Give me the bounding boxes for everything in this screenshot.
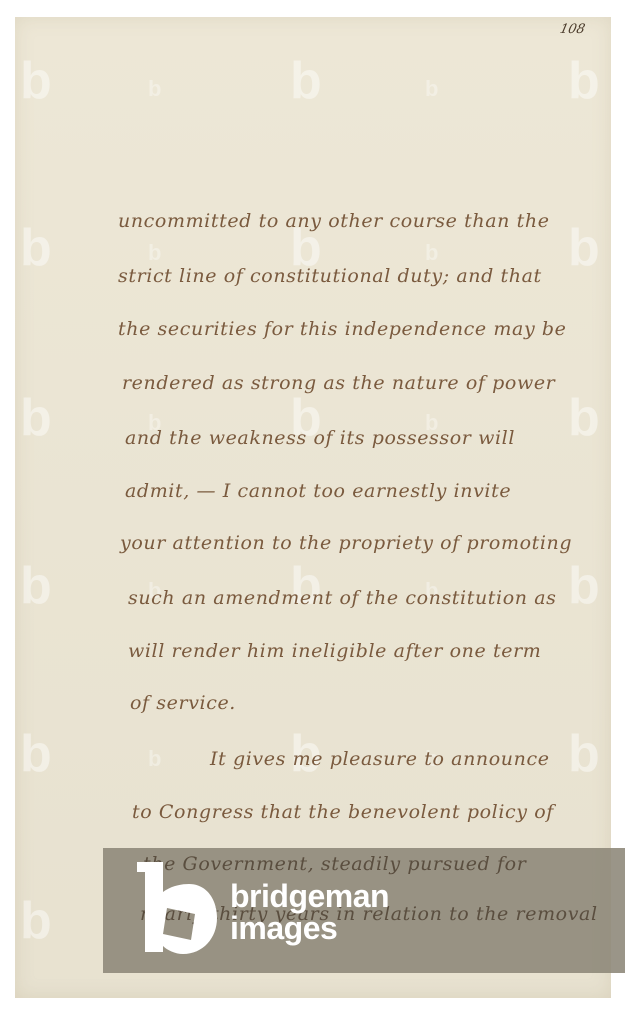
watermark-b-icon: b xyxy=(20,55,52,107)
text-line: to Congress that the benevolent policy o… xyxy=(132,801,554,823)
text-line: strict line of constitutional duty; and … xyxy=(118,265,542,287)
watermark-b-icon: b xyxy=(568,728,600,780)
watermark-b-icon: b xyxy=(568,560,600,612)
text-line: and the weakness of its possessor will xyxy=(125,427,515,449)
brand-name-line1: bridgeman xyxy=(230,880,389,912)
watermark-b-icon: b xyxy=(568,55,600,107)
text-line: the securities for this independence may… xyxy=(118,318,567,340)
watermark-b-icon: b xyxy=(20,222,52,274)
watermark-b-icon: b xyxy=(568,222,600,274)
watermark-b-icon: b xyxy=(20,895,52,947)
watermark-b-icon: b xyxy=(20,560,52,612)
watermark-b-icon: b xyxy=(290,55,322,107)
watermark-b-icon: b xyxy=(148,242,161,264)
watermark-b-icon: b xyxy=(20,392,52,444)
page-number: 108 xyxy=(558,22,586,37)
text-line: rendered as strong as the nature of powe… xyxy=(122,372,555,394)
text-line: your attention to the propriety of promo… xyxy=(120,532,572,554)
watermark-b-icon: b xyxy=(20,728,52,780)
text-line: uncommitted to any other course than the xyxy=(118,210,550,232)
text-line: will render him ineligible after one ter… xyxy=(128,640,541,662)
text-line: admit, — I cannot too earnestly invite xyxy=(125,480,511,502)
text-line: such an amendment of the constitution as xyxy=(128,587,557,609)
watermark-b-icon: b xyxy=(568,392,600,444)
bridgeman-logo-icon xyxy=(137,862,217,954)
brand-name-line2: images xyxy=(230,912,337,944)
watermark-b-icon: b xyxy=(425,242,438,264)
watermark-b-icon: b xyxy=(148,748,161,770)
watermark-b-icon: b xyxy=(148,78,161,100)
text-line: It gives me pleasure to announce xyxy=(210,748,550,770)
watermark-b-icon: b xyxy=(425,78,438,100)
text-line: of service. xyxy=(130,692,236,714)
